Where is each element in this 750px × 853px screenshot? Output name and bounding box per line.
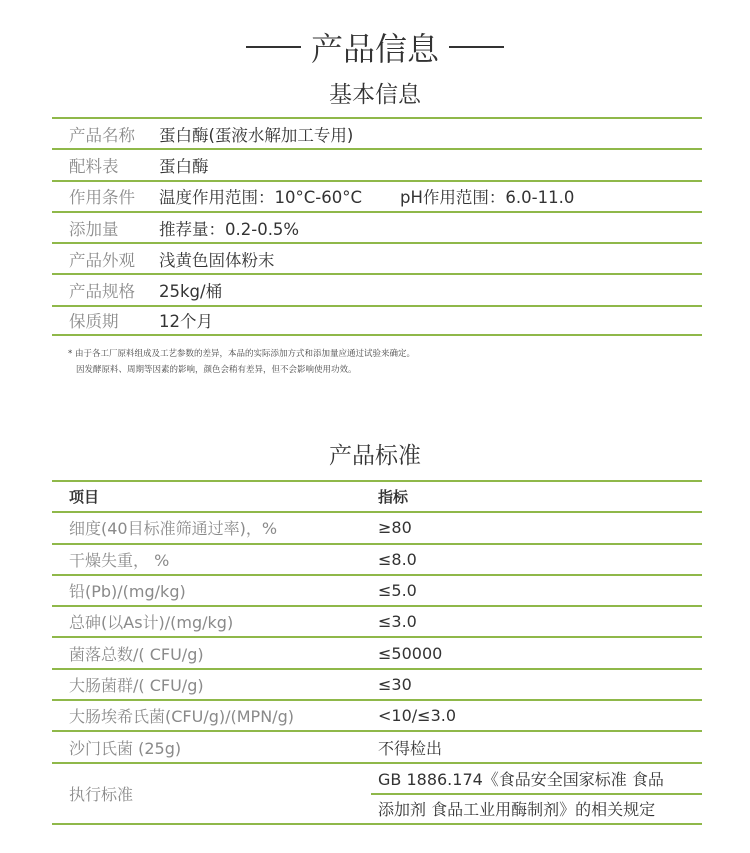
table-row: 大肠埃希氏菌(CFU/g)/(MPN/g) <10/≤3.0 xyxy=(52,699,702,730)
footnote: * 由于各工厂原料组成及工艺参数的差异，本品的实际添加方式和添加量应通过试验来确… xyxy=(68,346,415,378)
table-header-row: 项目 指标 xyxy=(52,480,702,511)
spec-cell: <10/≤3.0 xyxy=(371,706,456,725)
basic-info-row: 产品外观 浅黄色固体粉末 xyxy=(52,242,702,273)
column-header-item: 项目 xyxy=(52,486,371,507)
table-row-exec-standard: 执行标准 GB 1886.174《食品安全国家标准 食品 添加剂 食品工业用酶制… xyxy=(52,762,702,825)
spec-cell: ≤5.0 xyxy=(371,581,417,600)
footnote-line-1: * 由于各工厂原料组成及工艺参数的差异，本品的实际添加方式和添加量应通过试验来确… xyxy=(68,346,415,362)
exec-standard-line-2: 添加剂 食品工业用酶制剂》的相关规定 xyxy=(371,793,702,823)
footnote-line-2: 因发酵原料、周期等因素的影响，颜色会稍有差异，但不会影响使用功效。 xyxy=(68,362,415,378)
row-value: 蛋白酶 xyxy=(159,153,209,177)
value-text: 推荐量：0.2-0.5% xyxy=(159,216,299,240)
item-cell: 总砷(以As计)/(mg/kg) xyxy=(52,610,371,633)
row-label: 产品外观 xyxy=(52,247,159,271)
item-cell: 大肠菌群/( CFU/g) xyxy=(52,673,371,696)
basic-info-row: 保质期 12个月 xyxy=(52,305,702,336)
standards-table: 项目 指标 细度(40目标准筛通过率)，% ≥80 干燥失重， % ≤8.0 铅… xyxy=(52,480,702,825)
basic-info-table: 产品名称 蛋白酶(蛋液水解加工专用) 配料表 蛋白酶 作用条件 温度作用范围：1… xyxy=(52,117,702,336)
basic-info-row: 产品规格 25kg/桶 xyxy=(52,273,702,304)
title-dash-right xyxy=(449,46,504,48)
row-value: 浅黄色固体粉末 xyxy=(159,247,275,271)
row-value: 25kg/桶 xyxy=(159,278,222,302)
spec-cell: ≤50000 xyxy=(371,644,442,663)
basic-info-row: 添加量 推荐量：0.2-0.5% xyxy=(52,211,702,242)
item-cell: 执行标准 xyxy=(52,764,371,823)
row-value: 推荐量：0.2-0.5% xyxy=(159,216,299,240)
table-row: 菌落总数/( CFU/g) ≤50000 xyxy=(52,636,702,667)
value-text: 蛋白酶(蛋液水解加工专用) xyxy=(159,122,353,146)
basic-info-row: 产品名称 蛋白酶(蛋液水解加工专用) xyxy=(52,117,702,148)
table-row: 总砷(以As计)/(mg/kg) ≤3.0 xyxy=(52,605,702,636)
row-label: 配料表 xyxy=(52,153,159,177)
page-title: 产品信息 xyxy=(0,24,750,70)
column-header-spec: 指标 xyxy=(371,486,408,507)
table-row: 大肠菌群/( CFU/g) ≤30 xyxy=(52,668,702,699)
item-cell: 干燥失重， % xyxy=(52,548,371,571)
value-text: 12个月 xyxy=(159,308,213,332)
row-label: 作用条件 xyxy=(52,184,159,208)
row-label: 保质期 xyxy=(52,308,159,332)
item-cell: 铅(Pb)/(mg/kg) xyxy=(52,579,371,602)
table-row: 干燥失重， % ≤8.0 xyxy=(52,543,702,574)
row-label: 产品名称 xyxy=(52,122,159,146)
row-value: 蛋白酶(蛋液水解加工专用) xyxy=(159,122,353,146)
table-row: 铅(Pb)/(mg/kg) ≤5.0 xyxy=(52,574,702,605)
item-cell: 沙门氏菌 (25g) xyxy=(52,736,371,759)
row-label: 添加量 xyxy=(52,216,159,240)
page-title-text: 产品信息 xyxy=(311,24,439,70)
temperature-range: 温度作用范围：10°C-60°C xyxy=(159,184,362,208)
row-value: 12个月 xyxy=(159,308,213,332)
value-text: 蛋白酶 xyxy=(159,153,209,177)
exec-standard-line-1: GB 1886.174《食品安全国家标准 食品 xyxy=(371,764,702,793)
basic-info-heading: 基本信息 xyxy=(0,76,750,109)
title-dash-left xyxy=(246,46,301,48)
row-label: 产品规格 xyxy=(52,278,159,302)
table-row: 沙门氏菌 (25g) 不得检出 xyxy=(52,730,702,761)
spec-cell: ≤30 xyxy=(371,675,412,694)
spec-cell-multiline: GB 1886.174《食品安全国家标准 食品 添加剂 食品工业用酶制剂》的相关… xyxy=(371,764,702,823)
spec-cell: ≤3.0 xyxy=(371,612,417,631)
basic-info-row: 配料表 蛋白酶 xyxy=(52,148,702,179)
value-text: 浅黄色固体粉末 xyxy=(159,247,275,271)
item-cell: 菌落总数/( CFU/g) xyxy=(52,642,371,665)
value-text: 25kg/桶 xyxy=(159,278,222,302)
row-value: 温度作用范围：10°C-60°C pH作用范围：6.0-11.0 xyxy=(159,184,574,208)
standard-heading: 产品标准 xyxy=(0,437,750,470)
table-row: 细度(40目标准筛通过率)，% ≥80 xyxy=(52,511,702,542)
spec-cell: ≤8.0 xyxy=(371,550,417,569)
item-cell: 细度(40目标准筛通过率)，% xyxy=(52,516,371,539)
basic-info-row: 作用条件 温度作用范围：10°C-60°C pH作用范围：6.0-11.0 xyxy=(52,180,702,211)
spec-cell: ≥80 xyxy=(371,518,412,537)
ph-range: pH作用范围：6.0-11.0 xyxy=(400,184,574,208)
item-cell: 大肠埃希氏菌(CFU/g)/(MPN/g) xyxy=(52,704,371,727)
spec-cell: 不得检出 xyxy=(371,736,442,759)
